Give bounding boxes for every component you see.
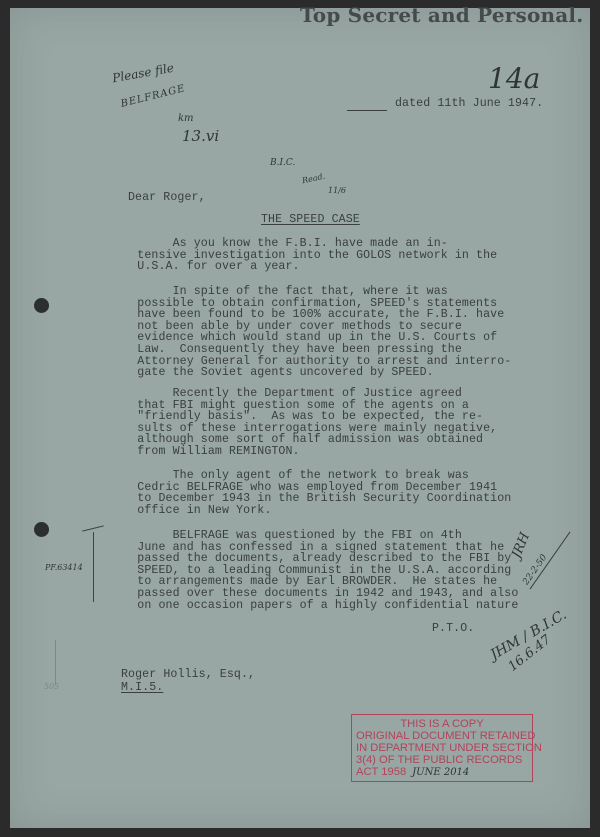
paragraph-1: As you know the F.B.I. have made an in- … — [102, 238, 497, 273]
paragraph-2: In spite of the fact that, where it was … — [102, 286, 511, 379]
reference-blank-line — [347, 110, 387, 111]
margin-file-reference: PF.63414 — [45, 563, 83, 572]
paragraph-4: The only agent of the network to break w… — [102, 470, 511, 516]
paragraph-line: from William REMINGTON. — [102, 446, 497, 458]
paragraph-line: Recently the Department of Justice agree… — [102, 388, 497, 400]
letter-title: THE SPEED CASE — [261, 214, 360, 226]
faint-margin-line — [55, 640, 56, 685]
handwritten-initials: km — [178, 113, 194, 124]
classification-heading: Top Secret and Personal. — [300, 3, 583, 27]
handwritten-date: 13.vi — [182, 127, 219, 145]
archive-copy-stamp: THIS IS A COPY ORIGINAL DOCUMENT RETAINE… — [351, 714, 533, 782]
paragraph-line: In spite of the fact that, where it was — [102, 286, 511, 298]
paragraph-line: gate the Soviet agents uncovered by SPEE… — [102, 367, 511, 379]
stamp-line: 3(4) OF THE PUBLIC RECORDS — [356, 754, 528, 766]
stamp-act-line: ACT 1958JUNE 2014 — [356, 766, 528, 779]
salutation: Dear Roger, — [128, 192, 206, 204]
margin-page-number: 505 — [44, 682, 59, 691]
punch-hole-upper — [34, 298, 49, 313]
stamp-handwritten-date: JUNE 2014 — [412, 767, 469, 778]
letter-date: dated 11th June 1947. — [395, 98, 543, 110]
paragraph-line: As you know the F.B.I. have made an in- — [102, 238, 497, 250]
addressee-organisation: M.I.5. — [121, 682, 163, 694]
minute-note-date: 11/6 — [328, 186, 346, 195]
paragraph-3: Recently the Department of Justice agree… — [102, 388, 497, 458]
paragraph-line: The only agent of the network to break w… — [102, 470, 511, 482]
margin-bracket-line — [93, 532, 94, 602]
addressee-name: Roger Hollis, Esq., — [121, 669, 255, 681]
minute-note-bic: B.I.C. — [270, 158, 295, 168]
paragraph-line: office in New York. — [102, 505, 511, 517]
stamp-line: ACT 1958 — [356, 766, 406, 778]
please-turn-over: P.T.O. — [432, 623, 474, 635]
stamp-line: IN DEPARTMENT UNDER SECTION — [356, 742, 528, 754]
folio-number: 14a — [488, 62, 540, 95]
paragraph-5: BELFRAGE was questioned by the FBI on 4t… — [102, 530, 518, 611]
paragraph-line: Law. Consequently they have been pressin… — [102, 344, 511, 356]
paragraph-line: U.S.A. for over a year. — [102, 261, 497, 273]
paragraph-line: passed over these documents in 1942 and … — [102, 588, 518, 600]
paragraph-line: BELFRAGE was questioned by the FBI on 4t… — [102, 530, 518, 542]
paragraph-line: on one occasion papers of a highly confi… — [102, 600, 518, 612]
stamp-title: THIS IS A COPY — [356, 718, 528, 730]
stamp-line: ORIGINAL DOCUMENT RETAINED — [356, 730, 528, 742]
punch-hole-lower — [34, 522, 49, 537]
